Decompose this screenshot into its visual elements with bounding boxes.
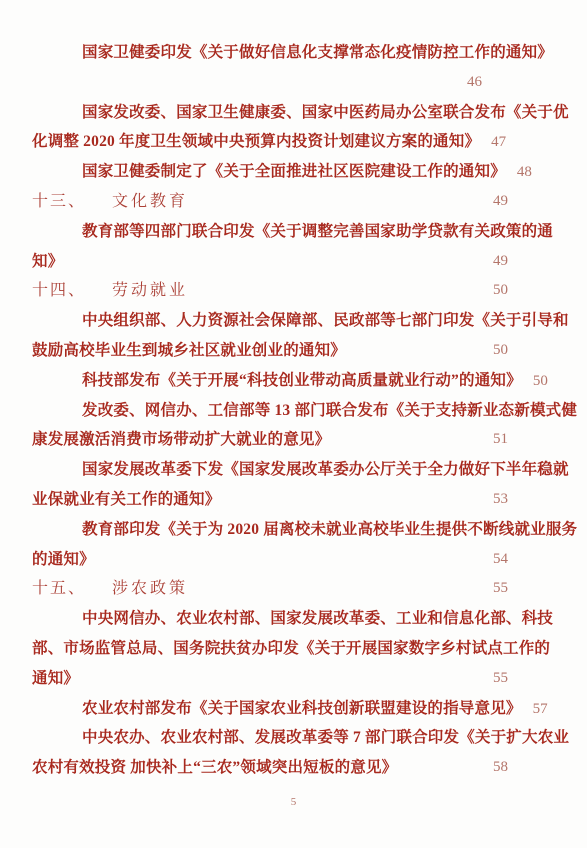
- entry-text: 教育部等四部门联合印发《关于调整完善国家助学贷款有关政策的通: [82, 223, 553, 240]
- page-ref-number: 47: [491, 134, 506, 150]
- toc-entry-line: 中央网信办、农业农村部、国家发展改革委、工业和信息化部、科技: [0, 604, 587, 634]
- toc-entry-line: 发改委、网信办、工信部等 13 部门联合发布《关于支持新业态新模式健: [0, 396, 587, 426]
- page-ref-number: 50: [533, 373, 548, 389]
- toc-entry-line: 的通知》54: [0, 545, 587, 575]
- entry-text: 教育部印发《关于为 2020 届离校未就业高校毕业生提供不断线就业服务: [82, 521, 577, 538]
- entry-text: 中央组织部、人力资源社会保障部、民政部等七部门印发《关于引导和: [82, 312, 569, 329]
- toc-entry-line: 国家发展改革委下发《国家发展改革委办公厅关于全力做好下半年稳就: [0, 455, 587, 485]
- toc-entry-line: 国家发改委、国家卫生健康委、国家中医药局办公室联合发布《关于优: [0, 98, 587, 128]
- entry-text: 鼓励高校毕业生到城乡社区就业创业的通知》: [32, 342, 346, 359]
- entry-text: 部、市场监管总局、国务院扶贫办印发《关于开展国家数字乡村试点工作的: [32, 640, 550, 657]
- page-ref-number: 53: [493, 485, 508, 515]
- toc-entry-line: 部、市场监管总局、国务院扶贫办印发《关于开展国家数字乡村试点工作的: [0, 634, 587, 664]
- entry-text: 科技部发布《关于开展“科技创业带动高质量就业行动”的通知》: [82, 372, 522, 389]
- page-ref-number: 55: [493, 574, 508, 604]
- toc-entry-line: 农村有效投资 加快补上“三农”领域突出短板的意见》58: [0, 753, 587, 783]
- toc-entry-line: 国家卫健委印发《关于做好信息化支撑常态化疫情防控工作的通知》: [0, 38, 587, 68]
- entry-text: 农村有效投资 加快补上“三农”领域突出短板的意见》: [32, 759, 397, 776]
- page-ref-number: 55: [493, 664, 508, 694]
- toc-entry-line: 中央农办、农业农村部、发展改革委等 7 部门联合印发《关于扩大农业: [0, 723, 587, 753]
- toc-entry-line: 国家卫健委制定了《关于全面推进社区医院建设工作的通知》48: [0, 157, 587, 187]
- page-ref-number: 51: [493, 425, 508, 455]
- entry-text: 的通知》: [32, 551, 95, 568]
- toc-section-heading: 十三、文化教育49: [0, 187, 587, 217]
- entry-text: 国家发改委、国家卫生健康委、国家中医药局办公室联合发布《关于优: [82, 104, 569, 121]
- entry-text: 发改委、网信办、工信部等 13 部门联合发布《关于支持新业态新模式健: [82, 402, 577, 419]
- footer-page-number: 5: [0, 795, 587, 809]
- page-ref-number: 50: [493, 336, 508, 366]
- entry-text: 康发展激活消费市场带动扩大就业的意见》: [32, 431, 330, 448]
- page-ref-number: 58: [493, 753, 508, 783]
- page-ref-number: 48: [517, 164, 532, 180]
- entry-text: 国家卫健委制定了《关于全面推进社区医院建设工作的通知》: [82, 163, 506, 180]
- toc-entry-line: 教育部等四部门联合印发《关于调整完善国家助学贷款有关政策的通: [0, 217, 587, 247]
- toc-entry-line: 化调整 2020 年度卫生领域中央预算内投资计划建议方案的通知》47: [0, 127, 587, 157]
- entry-text: 国家发展改革委下发《国家发展改革委办公厅关于全力做好下半年稳就: [82, 461, 569, 478]
- entry-text: 业保就业有关工作的通知》: [32, 491, 220, 508]
- section-title: 涉农政策: [112, 580, 188, 597]
- toc-entry-line: 业保就业有关工作的通知》53: [0, 485, 587, 515]
- page-ref-number: 57: [533, 701, 548, 717]
- toc-entry-line: 鼓励高校毕业生到城乡社区就业创业的通知》50: [0, 336, 587, 366]
- entry-text: 中央农办、农业农村部、发展改革委等 7 部门联合印发《关于扩大农业: [82, 729, 569, 746]
- page-ref-number: 46: [467, 68, 482, 98]
- entry-text: 农业农村部发布《关于国家农业科技创新联盟建设的指导意见》: [82, 700, 522, 717]
- toc-entry-line: 知》49: [0, 247, 587, 277]
- section-number: 十五、: [32, 580, 86, 597]
- page-ref-number: 50: [493, 276, 508, 306]
- toc-entry-line: 通知》55: [0, 664, 587, 694]
- toc-pagenum-line: 46: [0, 68, 587, 98]
- entry-text: 知》: [32, 253, 63, 270]
- page-ref-number: 54: [493, 545, 508, 575]
- toc-list: 国家卫健委印发《关于做好信息化支撑常态化疫情防控工作的通知》46国家发改委、国家…: [0, 38, 587, 783]
- toc-section-heading: 十四、劳动就业50: [0, 276, 587, 306]
- toc-entry-line: 科技部发布《关于开展“科技创业带动高质量就业行动”的通知》50: [0, 366, 587, 396]
- section-number: 十三、: [32, 193, 86, 210]
- entry-text: 通知》: [32, 670, 79, 687]
- toc-entry-line: 中央组织部、人力资源社会保障部、民政部等七部门印发《关于引导和: [0, 306, 587, 336]
- section-title: 文化教育: [112, 193, 188, 210]
- toc-entry-line: 教育部印发《关于为 2020 届离校未就业高校毕业生提供不断线就业服务: [0, 515, 587, 545]
- toc-entry-line: 农业农村部发布《关于国家农业科技创新联盟建设的指导意见》57: [0, 694, 587, 724]
- entry-text: 中央网信办、农业农村部、国家发展改革委、工业和信息化部、科技: [82, 610, 553, 627]
- entry-text: 化调整 2020 年度卫生领域中央预算内投资计划建议方案的通知》: [32, 133, 480, 150]
- toc-entry-line: 康发展激活消费市场带动扩大就业的意见》51: [0, 425, 587, 455]
- section-number: 十四、: [32, 282, 86, 299]
- page-ref-number: 49: [493, 247, 508, 277]
- section-title: 劳动就业: [112, 282, 188, 299]
- entry-text: 国家卫健委印发《关于做好信息化支撑常态化疫情防控工作的通知》: [82, 44, 553, 61]
- page-ref-number: 49: [493, 187, 508, 217]
- document-page: 国家卫健委印发《关于做好信息化支撑常态化疫情防控工作的通知》46国家发改委、国家…: [0, 0, 587, 848]
- toc-section-heading: 十五、涉农政策55: [0, 574, 587, 604]
